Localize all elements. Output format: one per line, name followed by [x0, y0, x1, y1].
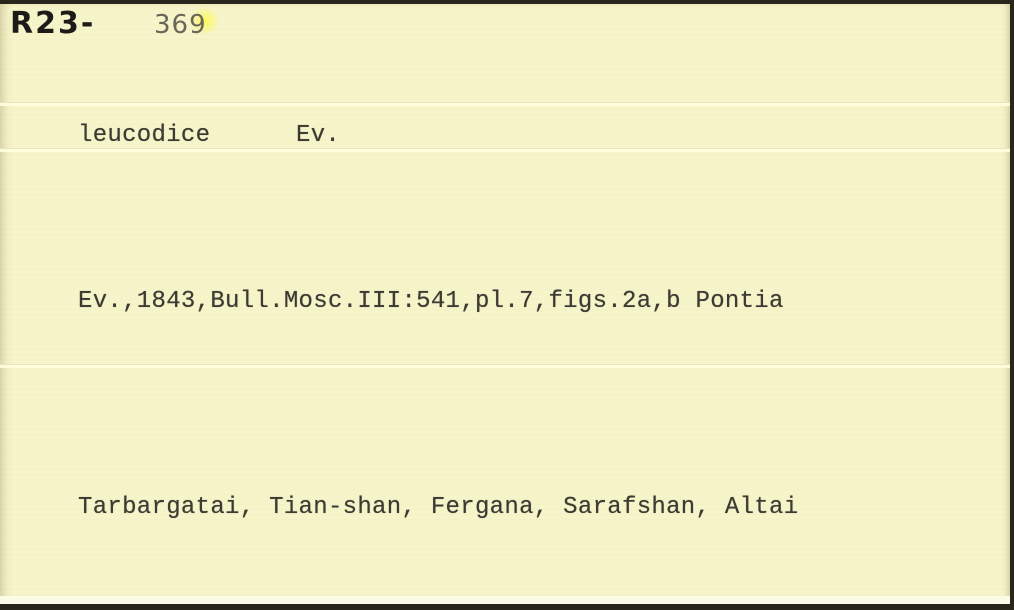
- card-rule-line: [0, 102, 1010, 106]
- citation: Ev.,1843,Bull.Mosc.III:541,pl.7,figs.2a,…: [78, 288, 784, 315]
- card-rule-line: [0, 364, 1010, 368]
- call-number-prefix: R23-: [10, 6, 95, 41]
- author: Ev.: [296, 122, 340, 149]
- index-card: R23- 369 leucodice Ev. Ev.,1843,Bull.Mos…: [0, 4, 1010, 604]
- species-name: leucodice: [78, 122, 210, 149]
- call-number-suffix: 369: [154, 10, 207, 40]
- localities: Tarbargatai, Tian-shan, Fergana, Sarafsh…: [78, 494, 798, 521]
